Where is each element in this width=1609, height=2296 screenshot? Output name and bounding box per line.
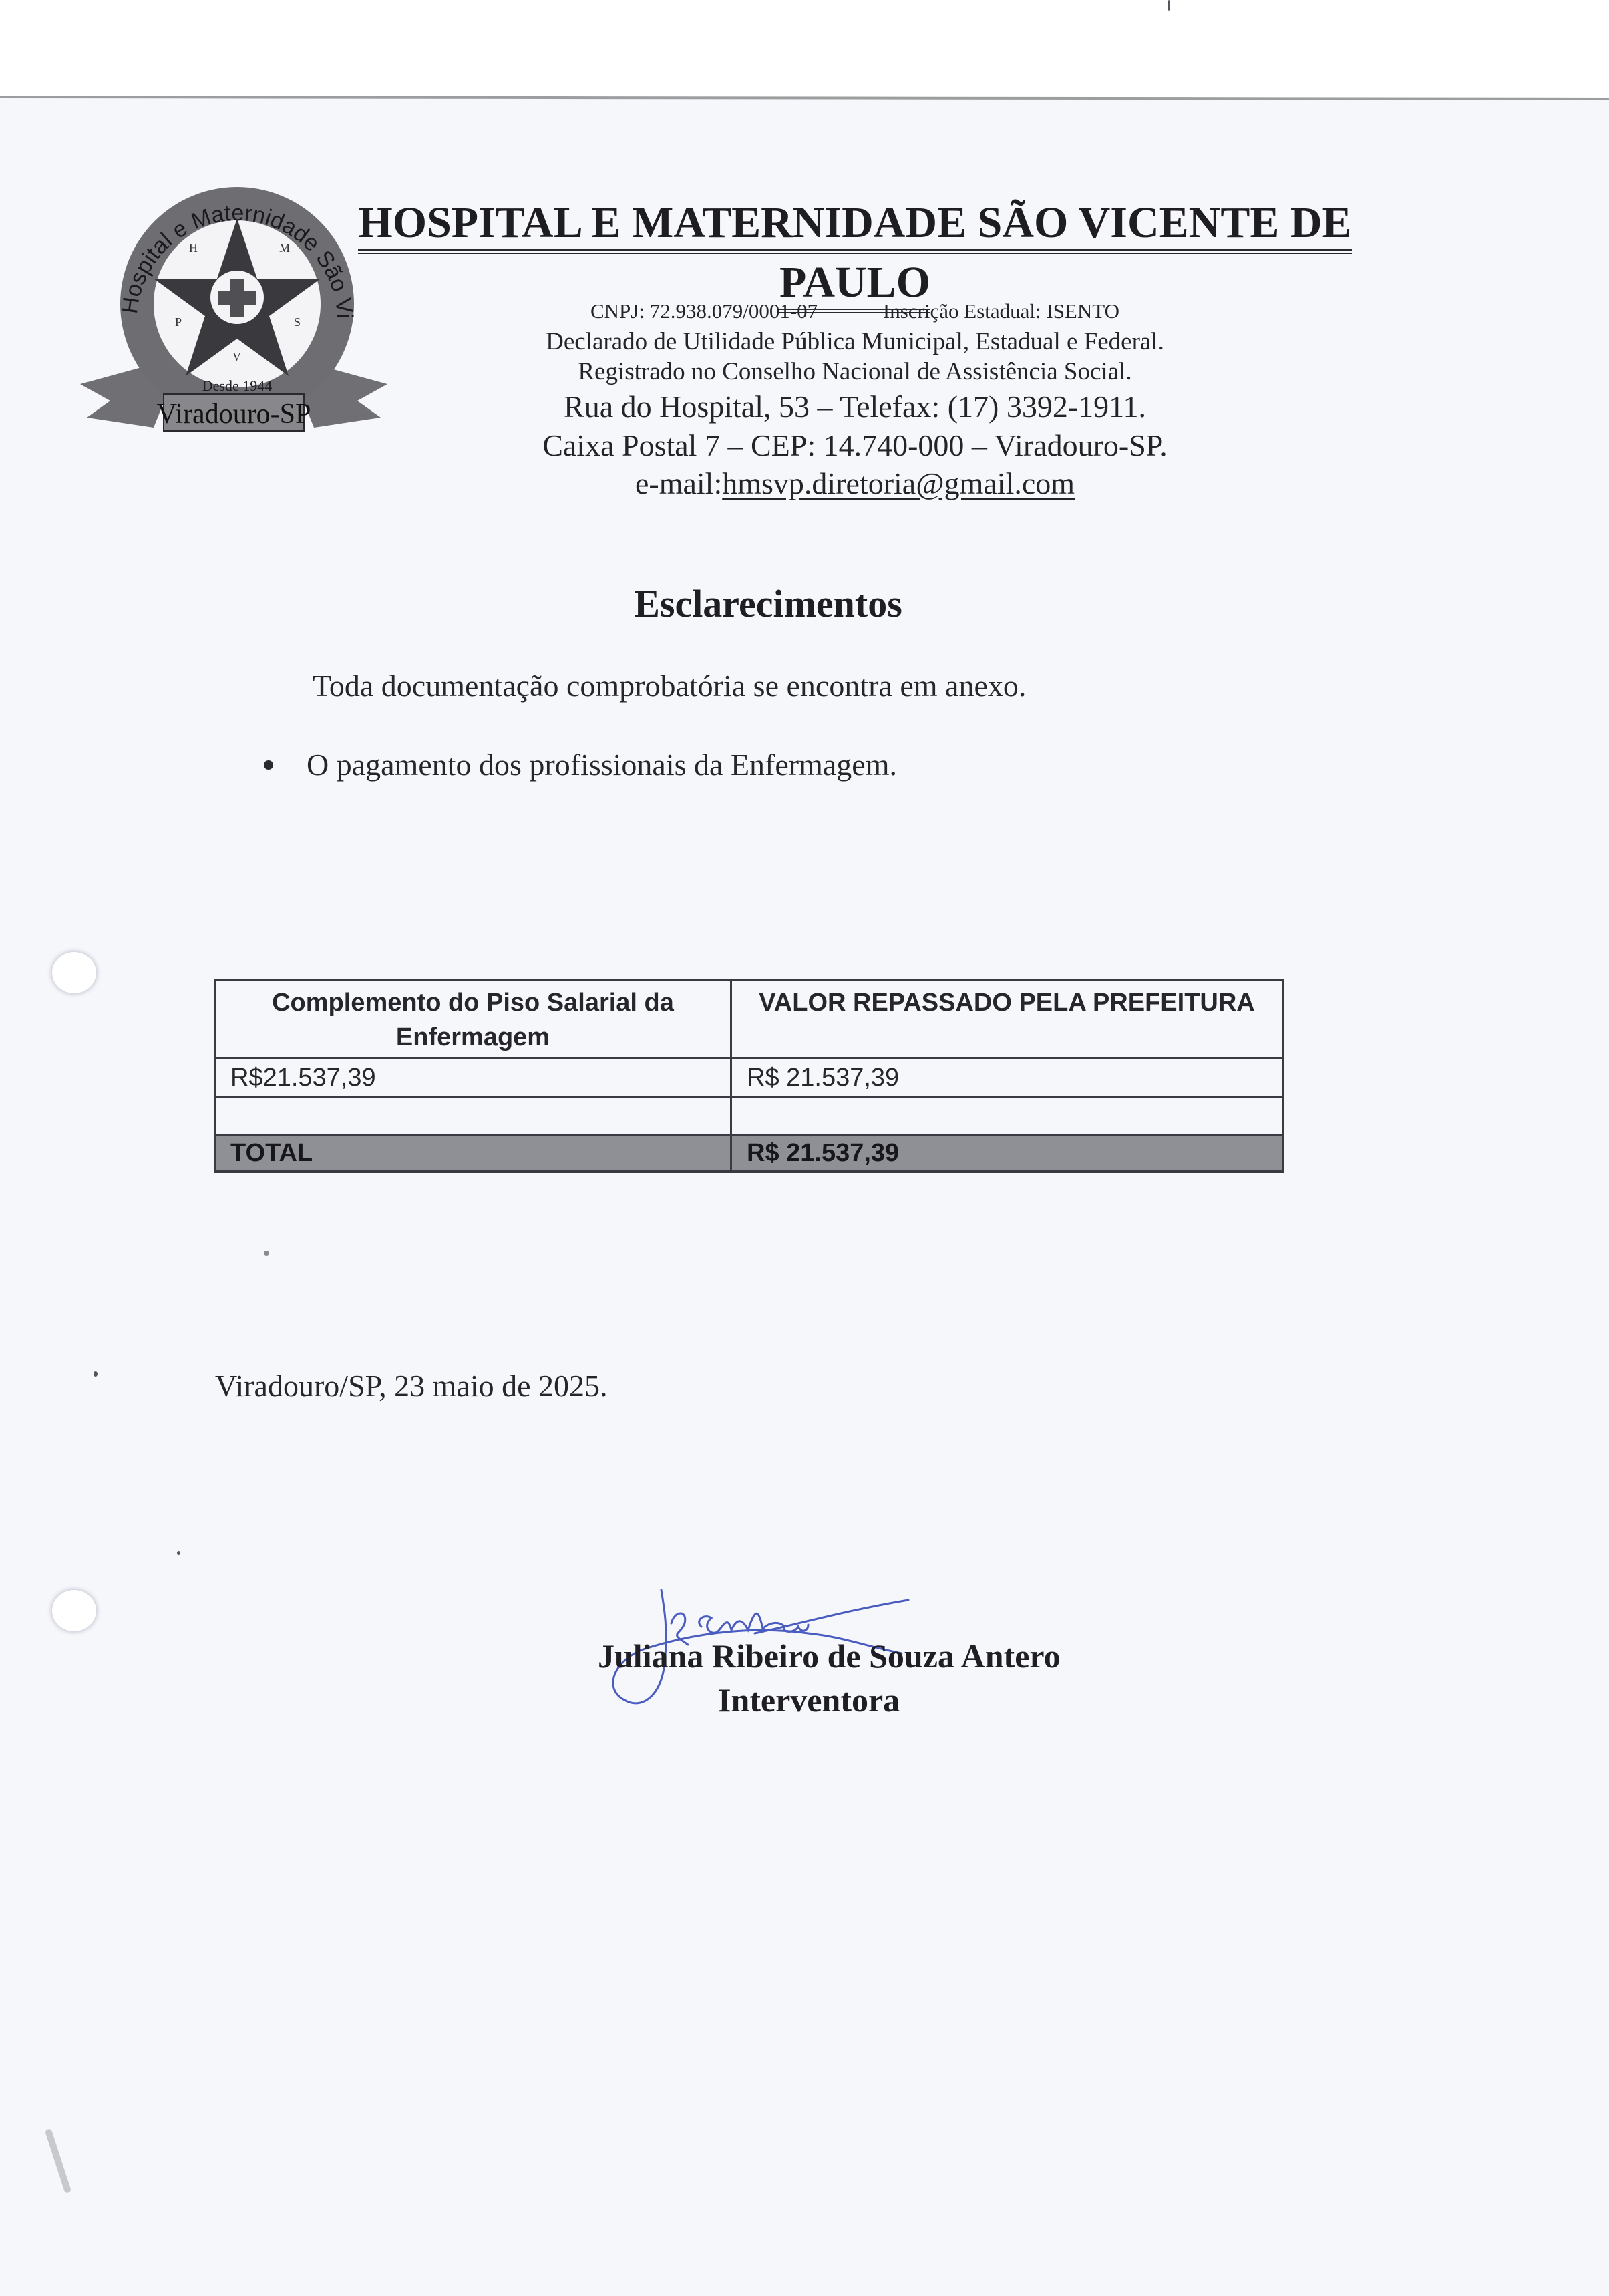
scan-margin <box>0 0 1609 98</box>
logo-since: Desde 1944 <box>202 377 272 394</box>
column-header-transferred: VALOR REPASSADO PELA PREFEITURA <box>731 981 1283 1059</box>
postal-address: Caixa Postal 7 – CEP: 14.740-000 – Virad… <box>334 428 1376 463</box>
intro-text: Toda documentação comprobatória se encon… <box>313 668 1026 703</box>
column-header-complement: Complemento do Piso Salarial da Enfermag… <box>215 981 731 1059</box>
total-label: TOTAL <box>215 1135 731 1172</box>
scan-speck <box>264 1251 269 1256</box>
email-label: e-mail: <box>635 466 722 500</box>
table-row: R$21.537,39 R$ 21.537,39 <box>215 1059 1283 1097</box>
signer-role: Interventora <box>718 1681 900 1719</box>
total-value: R$ 21.537,39 <box>731 1135 1283 1172</box>
public-utility-declaration: Declarado de Utilidade Pública Municipal… <box>334 327 1376 356</box>
email-line: e-mail:hmsvp.diretoria@gmail.com <box>334 466 1376 501</box>
registration-line: CNPJ: 72.938.079/0001-07 Inscrição Estad… <box>334 299 1376 323</box>
cnpj: CNPJ: 72.938.079/0001-07 <box>590 299 818 323</box>
document-title: Esclarecimentos <box>334 581 1202 626</box>
cell-transferred-value: R$ 21.537,39 <box>731 1059 1283 1097</box>
council-registration: Registrado no Conselho Nacional de Assis… <box>334 357 1376 386</box>
cell-complement-value: R$21.537,39 <box>215 1059 731 1097</box>
logo-letter-v: V <box>232 350 241 363</box>
list-item: O pagamento dos profissionais da Enferma… <box>264 747 897 782</box>
logo-ribbon-text: Viradouro-SP <box>157 399 311 430</box>
hospital-name: HOSPITAL E MATERNIDADE SÃO VICENTE DE PA… <box>334 197 1376 313</box>
scan-speck <box>1168 0 1170 11</box>
hospital-name-line1: HOSPITAL E MATERNIDADE SÃO VICENTE DE <box>358 197 1351 254</box>
scan-speck <box>177 1551 180 1555</box>
cell-empty <box>731 1097 1283 1135</box>
bullet-text: O pagamento dos profissionais da Enferma… <box>307 748 897 782</box>
payment-table: Complemento do Piso Salarial da Enfermag… <box>214 979 1284 1173</box>
state-registration: Inscrição Estadual: ISENTO <box>883 299 1119 323</box>
signer-name: Juliana Ribeiro de Souza Antero <box>598 1637 1061 1675</box>
bullet-icon <box>264 760 273 770</box>
punch-hole <box>52 952 96 993</box>
punch-hole <box>52 1590 96 1631</box>
table-row <box>215 1097 1283 1135</box>
cell-empty <box>215 1097 731 1135</box>
scan-speck <box>94 1371 98 1377</box>
address-phone: Rua do Hospital, 53 – Telefax: (17) 3392… <box>334 389 1376 424</box>
place-date: Viradouro/SP, 23 maio de 2025. <box>215 1368 608 1404</box>
logo-letter-m: M <box>279 241 290 255</box>
logo-letter-s: S <box>294 315 301 329</box>
logo-letter-h: H <box>189 241 198 255</box>
table-header-row: Complemento do Piso Salarial da Enfermag… <box>215 981 1283 1059</box>
email-link[interactable]: hmsvp.diretoria@gmail.com <box>722 466 1075 500</box>
table-total-row: TOTAL R$ 21.537,39 <box>215 1135 1283 1172</box>
logo-letter-p: P <box>175 315 182 329</box>
